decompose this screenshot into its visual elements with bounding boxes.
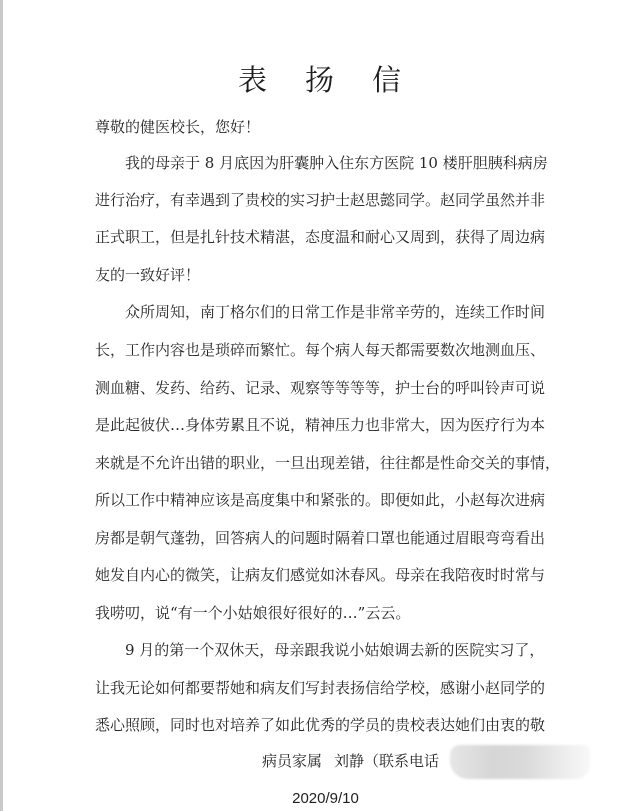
paragraph-2-line-9: 我唠叨，说“有一个小姑娘很好很好的…”云云。 [95,603,544,623]
paragraph-2-line-8: 她发自内心的微笑，让病友们感觉如沐春风。母亲在我陪夜时时常与 [95,565,544,585]
paragraph-2-line-6: 所以工作中精神应该是高度集中和紧张的。即便如此，小赵每次进病 [95,490,544,510]
redacted-phone-number [450,745,590,779]
paragraph-2-line-4: 是此起彼伏…身体劳累且不说，精神压力也非常大，因为医疗行为本 [95,415,544,435]
paragraph-2-line-5: 来就是不允许出错的职业，一旦出现差错，往往都是性命交关的事情， [95,453,544,473]
paragraph-1-line-2: 进行治疗，有幸遇到了贵校的实习护士赵思懿同学。赵同学虽然并非 [95,190,544,210]
paragraph-3-line-1: 9 月的第一个双休天，母亲跟我说小姑娘调去新的医院实习了， [125,640,544,660]
paragraph-2-line-3: 测血糖、发药、给药、记录、观察等等等等，护士台的呼叫铃声可说 [95,378,544,398]
signature: 病员家属刘静（联系电话 [262,751,439,771]
paragraph-1-line-3: 正式职工，但是扎针技术精湛，态度温和耐心又周到，获得了周边病 [95,227,544,247]
letter-title: 表扬信 [0,62,639,98]
signature-contact-label: （联系电话 [364,752,439,770]
paragraph-3-line-2: 让我无论如何都要帮她和病友们写封表扬信给学校，感谢小赵同学的 [95,678,544,698]
paragraph-1-line-1: 我的母亲于 8 月底因为肝囊肿入住东方医院 10 楼肝胆胰科病房 [125,153,544,173]
greeting: 尊敬的健医校长，您好！ [95,117,544,137]
paragraph-2-line-7: 房都是朝气蓬勃，回答病人的问题时隔着口罩也能通过眉眼弯弯看出 [95,528,544,548]
paragraph-3-line-3: 悉心照顾，同时也对培养了如此优秀的学员的贵校表达她们由衷的敬 [95,715,544,735]
signature-role: 病员家属 [262,752,322,770]
paragraph-1-line-4: 友的一致好评！ [95,265,544,285]
letter-date: 2020/9/10 [0,789,639,809]
signature-name: 刘静 [334,752,364,770]
paragraph-2-line-2: 长，工作内容也是琐碎而繁忙。每个病人每天都需要数次地测血压、 [95,340,544,360]
paragraph-2-line-1: 众所周知，南丁格尔们的日常工作是非常辛劳的，连续工作时间 [125,302,544,322]
